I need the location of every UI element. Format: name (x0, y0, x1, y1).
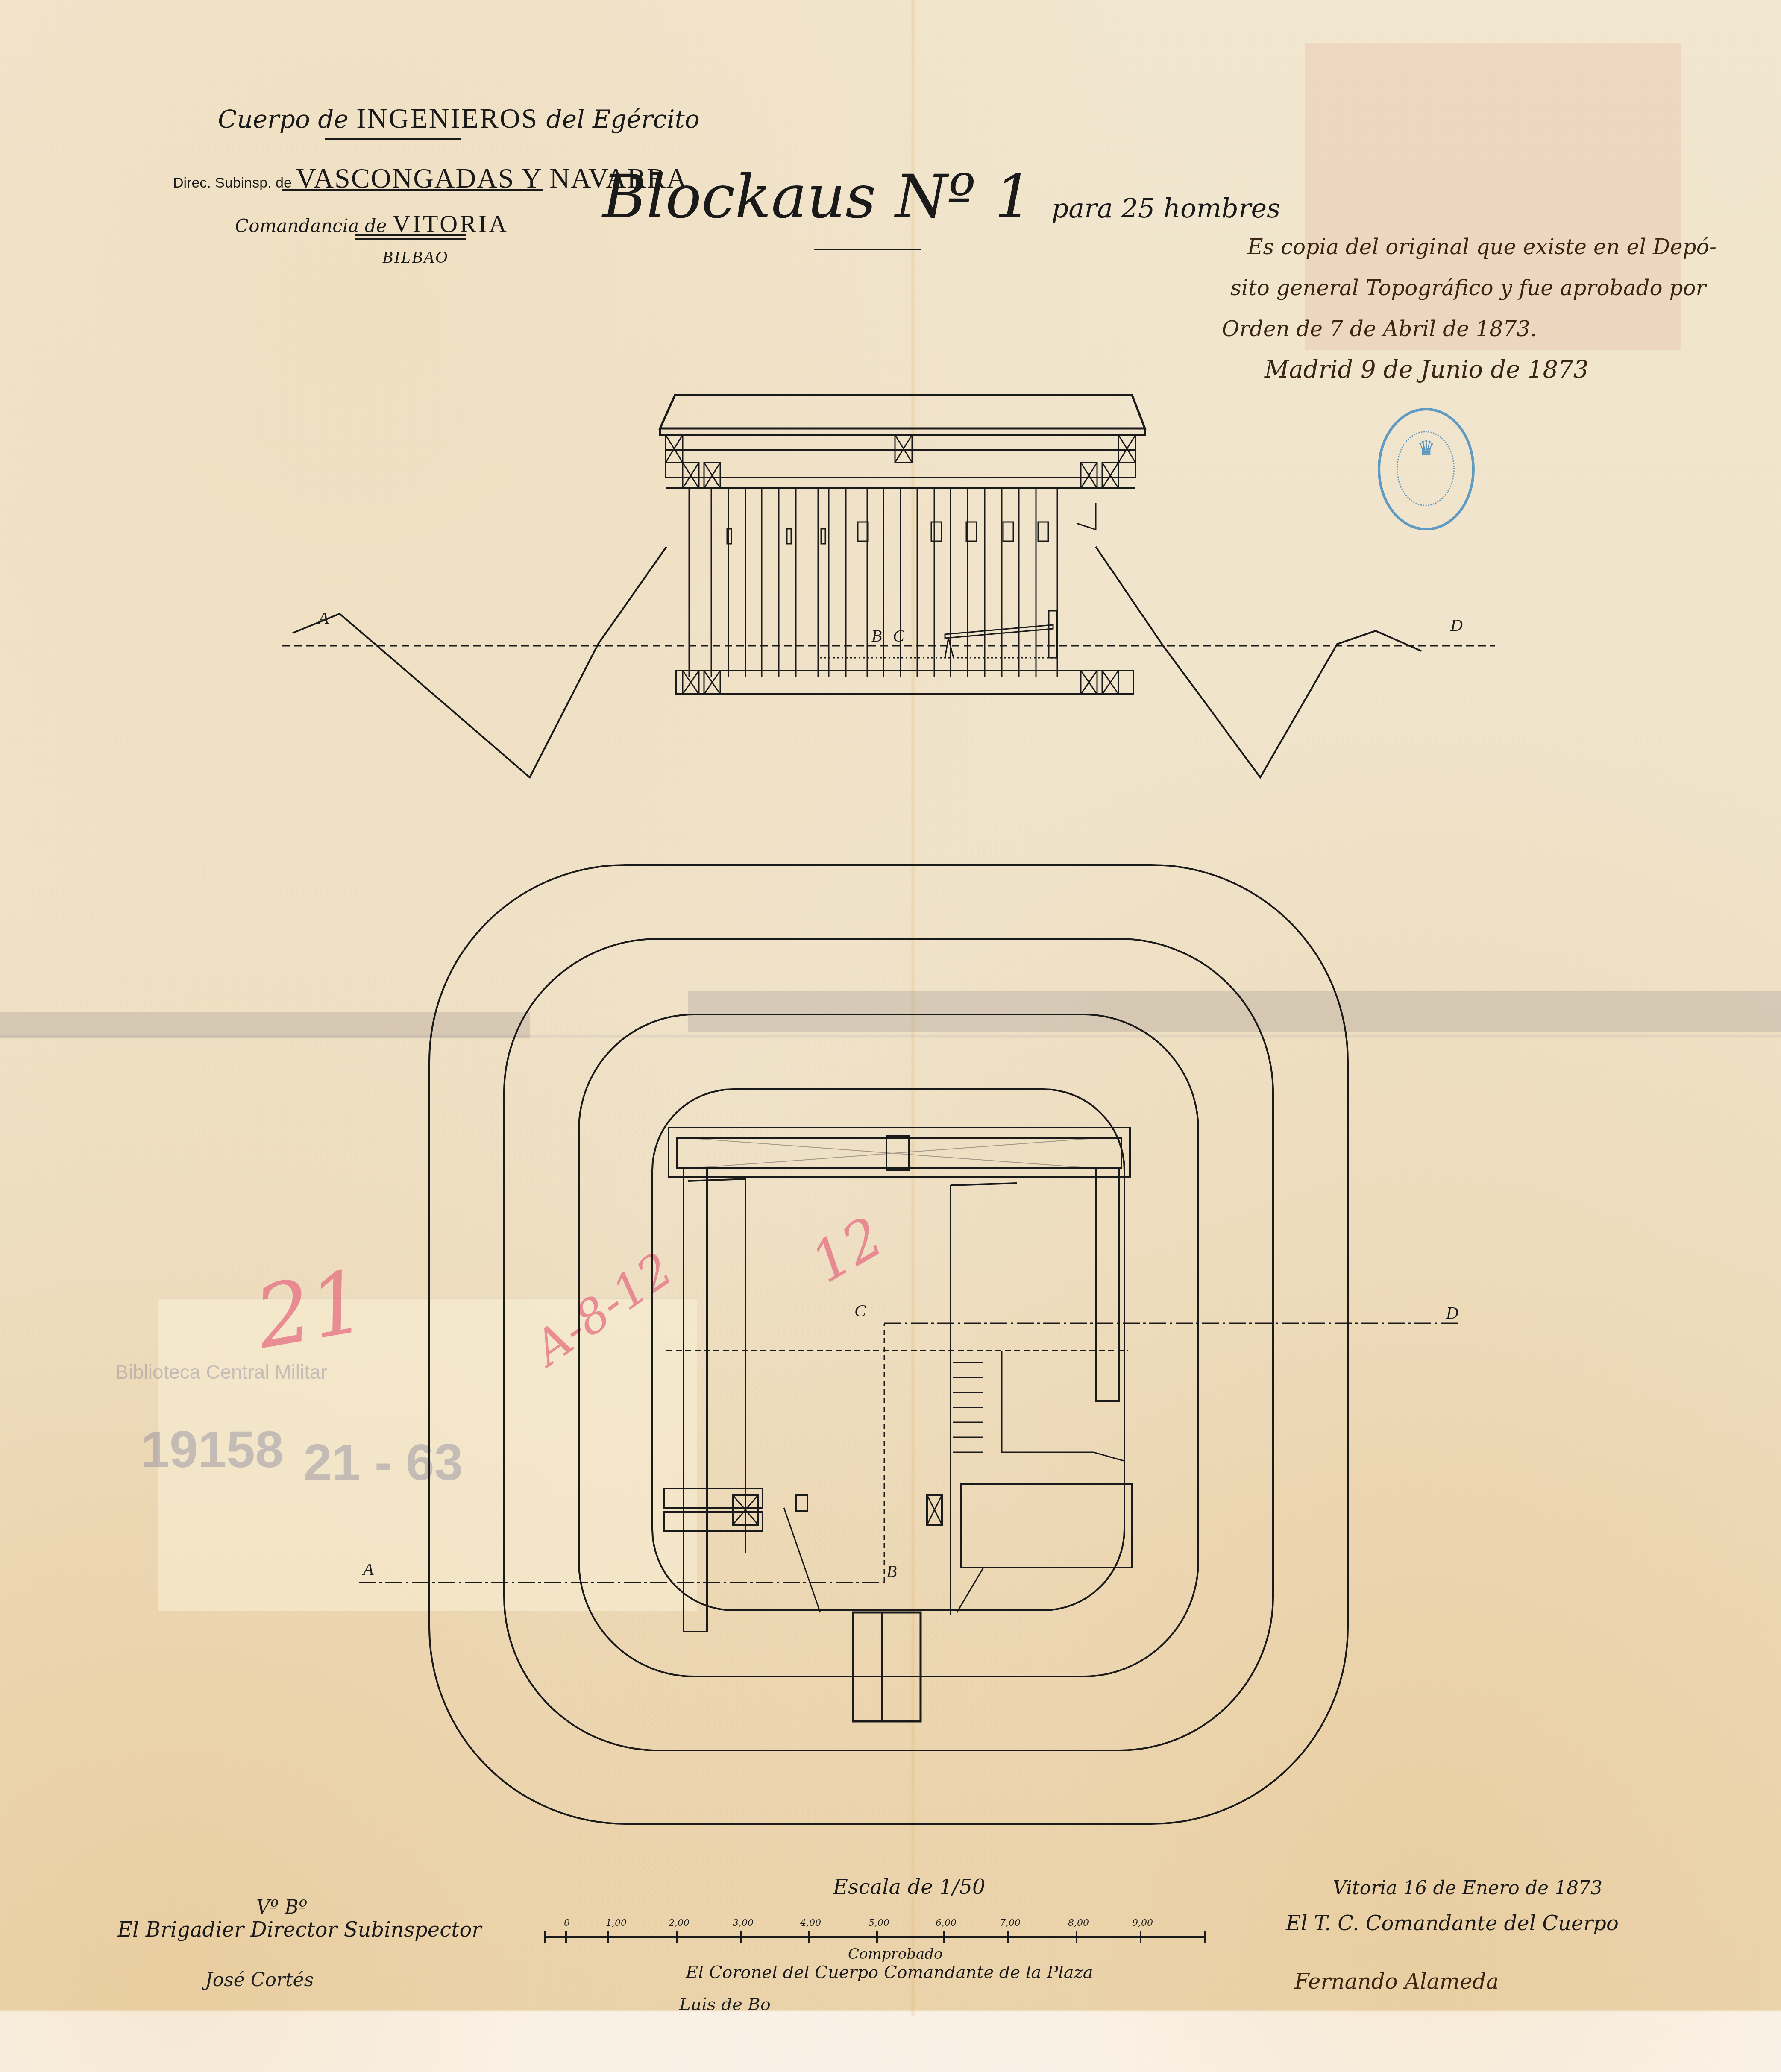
scale-tick-3: 3,00 (733, 1918, 754, 1928)
technical-drawing (0, 0, 1781, 2072)
plan-label-c: C (854, 1301, 866, 1321)
elevation-label-d: D (1450, 615, 1463, 635)
scale-tick-4: 4,00 (800, 1918, 821, 1928)
elevation-label-c: C (893, 626, 904, 646)
scale-tick-5: 5,00 (868, 1918, 889, 1928)
signature-comandante: Fernando Alameda (1294, 1969, 1499, 1994)
drawing-sheet: Biblioteca Central Militar 19158 21 - 63… (0, 0, 1781, 2072)
signature-coronel: Luis de Bo (679, 1995, 771, 2014)
scale-title: Escala de 1/50 (833, 1875, 986, 1899)
scale-tick-8: 8,00 (1068, 1918, 1089, 1928)
signature-brigadier: José Cortés (205, 1969, 314, 1991)
plan-label-a: A (363, 1559, 373, 1579)
scale-tick-2: 2,00 (669, 1918, 690, 1928)
scale-tick-6: 6,00 (936, 1918, 957, 1928)
elevation-section (282, 395, 1495, 777)
plan-label-b: B (886, 1561, 897, 1581)
visto-bueno: Vº Bº (256, 1896, 307, 1918)
plan-label-d: D (1446, 1303, 1458, 1323)
comandante-title: El T. C. Comandante del Cuerpo (1286, 1911, 1619, 1935)
plan-section (359, 865, 1461, 1824)
scale-tick-7: 7,00 (1000, 1918, 1021, 1928)
brigadier-title: El Brigadier Director Subinspector (117, 1918, 481, 1942)
elevation-label-b: B (871, 626, 882, 646)
scale-bar (545, 1931, 1205, 1943)
scale-tick-9: 9,00 (1132, 1918, 1153, 1928)
comprobado-label: Comprobado (848, 1946, 942, 1963)
coronel-title: El Coronel del Cuerpo Comandante de la P… (686, 1963, 1093, 1982)
elevation-label-a: A (318, 608, 329, 628)
place-date: Vitoria 16 de Enero de 1873 (1333, 1877, 1602, 1899)
scale-tick-0: 0 (564, 1918, 570, 1928)
scale-tick-1: 1,00 (606, 1918, 627, 1928)
